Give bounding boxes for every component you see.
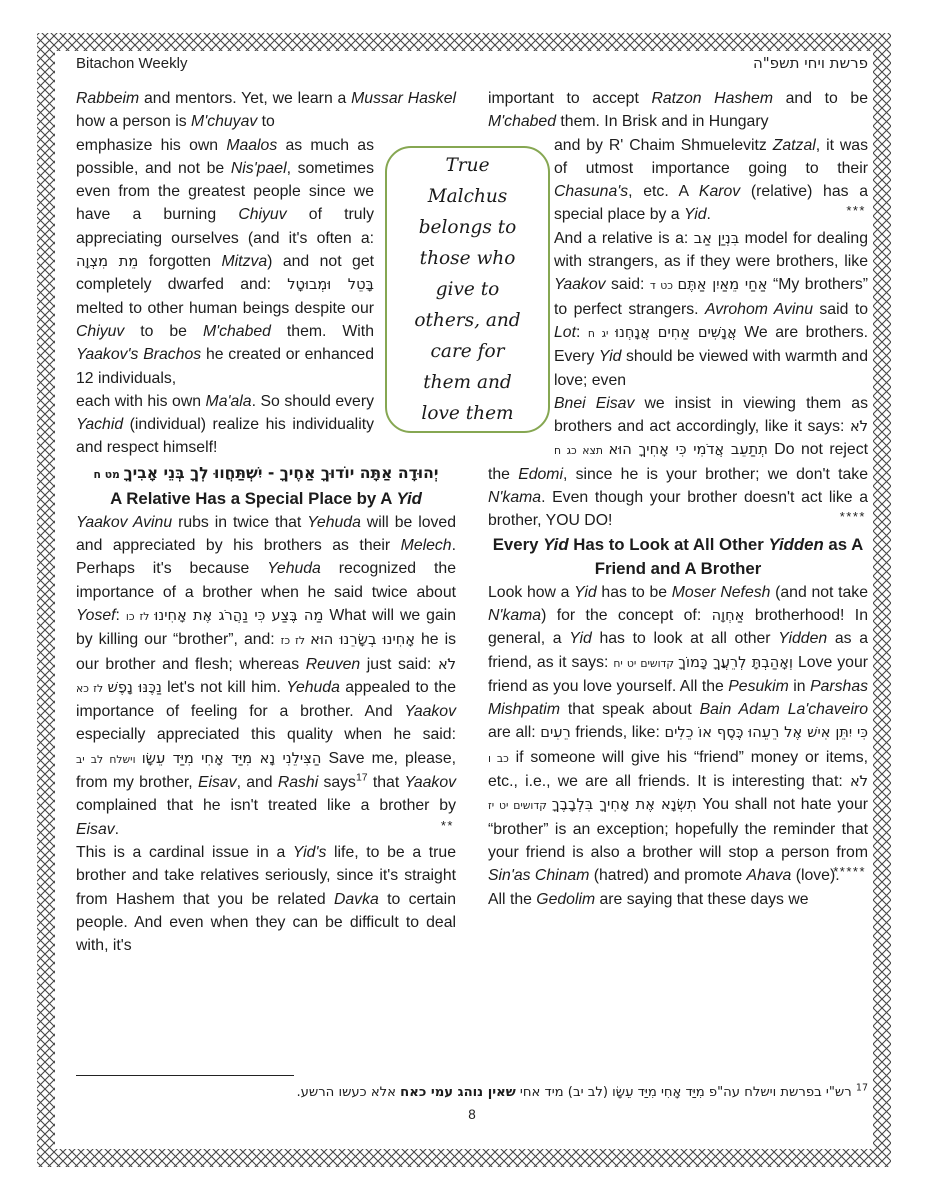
footnote: 17 רש"י בפרשת וישלח עה"פ מִיַּד אָחִי מִ… <box>76 1075 868 1102</box>
footnote-rule <box>76 1075 294 1076</box>
quote-line: Malchus <box>396 181 539 212</box>
page-number: 8 <box>76 1107 868 1122</box>
quote-line: care for <box>396 336 539 367</box>
quote-line: love them <box>396 398 539 429</box>
quote-line: others, and <box>396 305 539 336</box>
paragraph: Look how a Yid has to be Moser Nefesh (a… <box>488 581 868 888</box>
paragraph: important to accept Ratzon Hashem and to… <box>488 87 868 134</box>
footnote-text: 17 רש"י בפרשת וישלח עה"פ מִיַּד אָחִי מִ… <box>76 1083 868 1102</box>
quote-line: them and <box>396 367 539 398</box>
paragraph: Yaakov Avinu rubs in twice that Yehuda w… <box>76 511 456 841</box>
page-header: Bitachon Weekly פרשת ויחי תשפ"ה <box>76 54 868 72</box>
parsha-title: פרשת ויחי תשפ"ה <box>753 54 868 72</box>
quote-box: TrueMalchusbelongs tothose whogive tooth… <box>385 146 550 433</box>
quote-line: belongs to <box>396 212 539 243</box>
newsletter-page: Bitachon Weekly פרשת ויחי תשפ"ה Rabbeim … <box>0 0 927 1200</box>
section-heading-hebrew: יְהוּדָה אַתָּה יוֹדוּךָ אַחֶיךָ - יִשְׁ… <box>76 460 456 487</box>
section-heading: Every Yid Has to Look at All Other Yidde… <box>488 533 868 581</box>
quote-line: those who <box>396 243 539 274</box>
quote-line: give to <box>396 274 539 305</box>
paragraph: All the Gedolim are saying that these da… <box>488 888 868 911</box>
section-heading: A Relative Has a Special Place by A Yid <box>76 487 456 511</box>
newsletter-title: Bitachon Weekly <box>76 55 187 72</box>
quote-line: True <box>396 150 539 181</box>
paragraph: Rabbeim and mentors. Yet, we learn a Mus… <box>76 87 456 134</box>
paragraph: This is a cardinal issue in a Yid's life… <box>76 841 456 957</box>
